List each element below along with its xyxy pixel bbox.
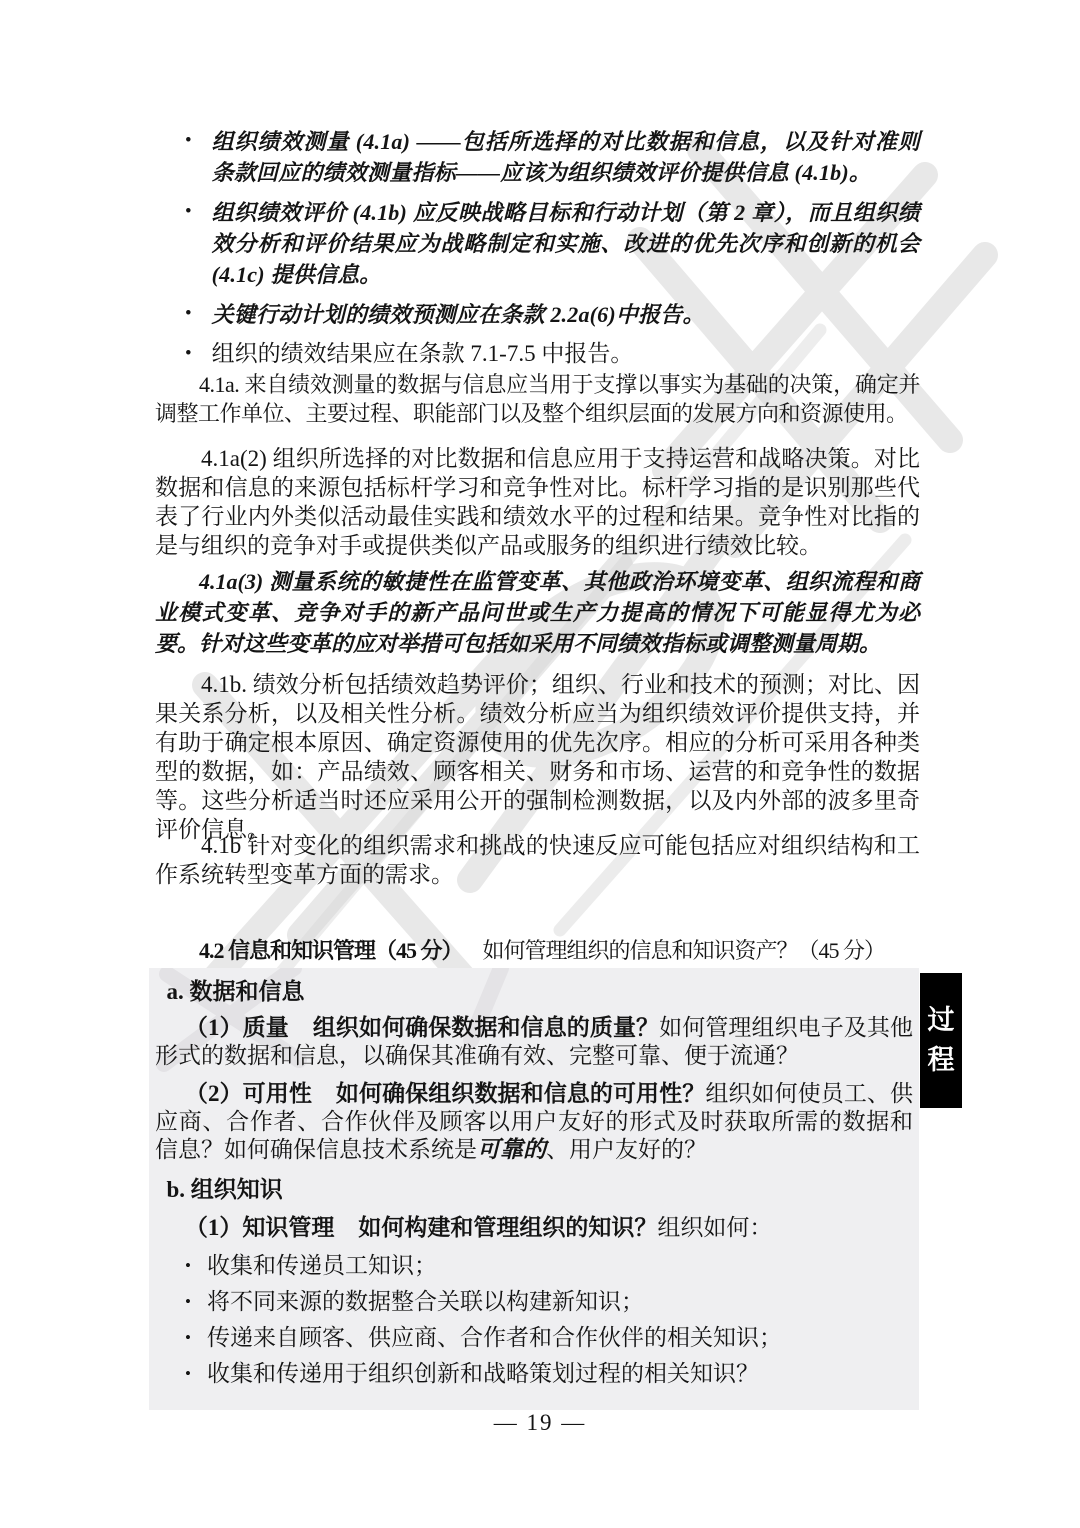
bullet-icon: • bbox=[185, 1252, 191, 1280]
knowledge-bullet-list: • 收集和传递员工知识； • 将不同来源的数据整合关联以构建新知识； • 传递来… bbox=[155, 1252, 913, 1388]
paragraph-4-1a: 4.1a. 来自绩效测量的数据与信息应当用于支撑以事实为基础的决策，确定并调整工… bbox=[155, 370, 920, 428]
box-item-availability: （2）可用性如何确保组织数据和信息的可用性？组织如何使员工、供应商、合作者、合作… bbox=[155, 1080, 913, 1164]
box-heading-a: a. 数据和信息 bbox=[155, 978, 913, 1006]
note-text: 组织绩效测量 (4.1a) ——包括所选择的对比数据和信息，以及针对准则条款回应… bbox=[212, 126, 920, 188]
document-page: • 组织绩效测量 (4.1a) ——包括所选择的对比数据和信息，以及针对准则条款… bbox=[0, 0, 1080, 1528]
paragraph-4-1a2: 4.1a(2) 组织所选择的对比数据和信息应用于支持运营和战略决策。对比数据和信… bbox=[155, 444, 920, 560]
note-text: 组织的绩效结果应在条款 7.1-7.5 中报告。 bbox=[212, 339, 634, 368]
page-number: — 19 — bbox=[0, 1410, 1080, 1436]
section-heading: 4.2 信息和知识管理（45 分）如何管理组织的信息和知识资产？（45 分） bbox=[155, 936, 920, 966]
box-heading-b: b. 组织知识 bbox=[155, 1176, 913, 1204]
section-title: 4.2 信息和知识管理（45 分） bbox=[199, 938, 463, 963]
section-question: 如何管理组织的信息和知识资产？（45 分） bbox=[483, 938, 886, 963]
item-lead: （1）知识管理 bbox=[185, 1215, 335, 1240]
bullet-icon: • bbox=[185, 126, 192, 188]
note-text: 组织绩效评价 (4.1b) 应反映战略目标和行动计划（第 2 章），而且组织绩效… bbox=[212, 197, 920, 290]
paragraph-4-1a3: 4.1a(3) 测量系统的敏捷性在监管变革、其他政治环境变革、组织流程和商业模式… bbox=[155, 566, 920, 659]
page-number-text: — 19 — bbox=[494, 1410, 587, 1435]
bullet-icon: • bbox=[185, 299, 192, 330]
item-bold-question: 如何构建和管理组织的知识？ bbox=[358, 1215, 657, 1240]
note-text: 关键行动计划的绩效预测应在条款 2.2a(6)中报告。 bbox=[212, 299, 705, 330]
notes-bullet-list: • 组织绩效测量 (4.1a) ——包括所选择的对比数据和信息，以及针对准则条款… bbox=[155, 126, 920, 377]
knowledge-bullet: • 传递来自顾客、供应商、合作者和合作伙伴的相关知识； bbox=[155, 1324, 913, 1352]
knowledge-bullet-text: 传递来自顾客、供应商、合作者和合作伙伴的相关知识； bbox=[207, 1324, 782, 1352]
knowledge-bullet: • 收集和传递员工知识； bbox=[155, 1252, 913, 1280]
bullet-icon: • bbox=[185, 1324, 191, 1352]
paragraph-4-1b-analysis: 4.1b. 绩效分析包括绩效趋势评价；组织、行业和技术的预测；对比、因果关系分析… bbox=[155, 670, 920, 844]
note-bullet: • 关键行动计划的绩效预测应在条款 2.2a(6)中报告。 bbox=[155, 299, 920, 330]
bullet-icon: • bbox=[185, 1288, 191, 1316]
item-text: 组织如何： bbox=[657, 1215, 772, 1240]
knowledge-bullet: • 收集和传递用于组织创新和战略策划过程的相关知识？ bbox=[155, 1360, 913, 1388]
box-item-quality: （1）质量组织如何确保数据和信息的质量？如何管理组织电子及其他形式的数据和信息，… bbox=[155, 1014, 913, 1070]
knowledge-bullet-text: 将不同来源的数据整合关联以构建新知识； bbox=[207, 1288, 644, 1316]
criteria-box: a. 数据和信息 （1）质量组织如何确保数据和信息的质量？如何管理组织电子及其他… bbox=[149, 968, 919, 1410]
knowledge-bullet-text: 收集和传递员工知识； bbox=[207, 1252, 437, 1280]
knowledge-bullet-text: 收集和传递用于组织创新和战略策划过程的相关知识？ bbox=[207, 1360, 759, 1388]
bullet-icon: • bbox=[185, 339, 192, 368]
item-lead: （1）质量 bbox=[185, 1015, 289, 1040]
item-bold-question: 如何确保组织数据和信息的可用性？ bbox=[336, 1081, 705, 1106]
note-bullet: • 组织的绩效结果应在条款 7.1-7.5 中报告。 bbox=[155, 339, 920, 368]
knowledge-bullet: • 将不同来源的数据整合关联以构建新知识； bbox=[155, 1288, 913, 1316]
item-text: 、用户友好的？ bbox=[546, 1137, 707, 1162]
item-text-emphasis: 可靠的 bbox=[477, 1137, 546, 1162]
bullet-icon: • bbox=[185, 1360, 191, 1388]
note-bullet: • 组织绩效测量 (4.1a) ——包括所选择的对比数据和信息，以及针对准则条款… bbox=[155, 126, 920, 188]
bullet-icon: • bbox=[185, 197, 192, 290]
item-bold-question: 组织如何确保数据和信息的质量？ bbox=[313, 1015, 659, 1040]
note-bullet: • 组织绩效评价 (4.1b) 应反映战略目标和行动计划（第 2 章），而且组织… bbox=[155, 197, 920, 290]
side-tab-process: 过 程 bbox=[920, 973, 962, 1108]
side-tab-char: 过 bbox=[928, 1007, 955, 1034]
box-item-knowledge: （1）知识管理如何构建和管理组织的知识？组织如何： bbox=[155, 1214, 913, 1242]
item-lead: （2）可用性 bbox=[185, 1081, 312, 1106]
side-tab-char: 程 bbox=[928, 1047, 955, 1074]
paragraph-4-1b-response: 4.1b 针对变化的组织需求和挑战的快速反应可能包括应对组织结构和工作系统转型变… bbox=[155, 831, 920, 889]
